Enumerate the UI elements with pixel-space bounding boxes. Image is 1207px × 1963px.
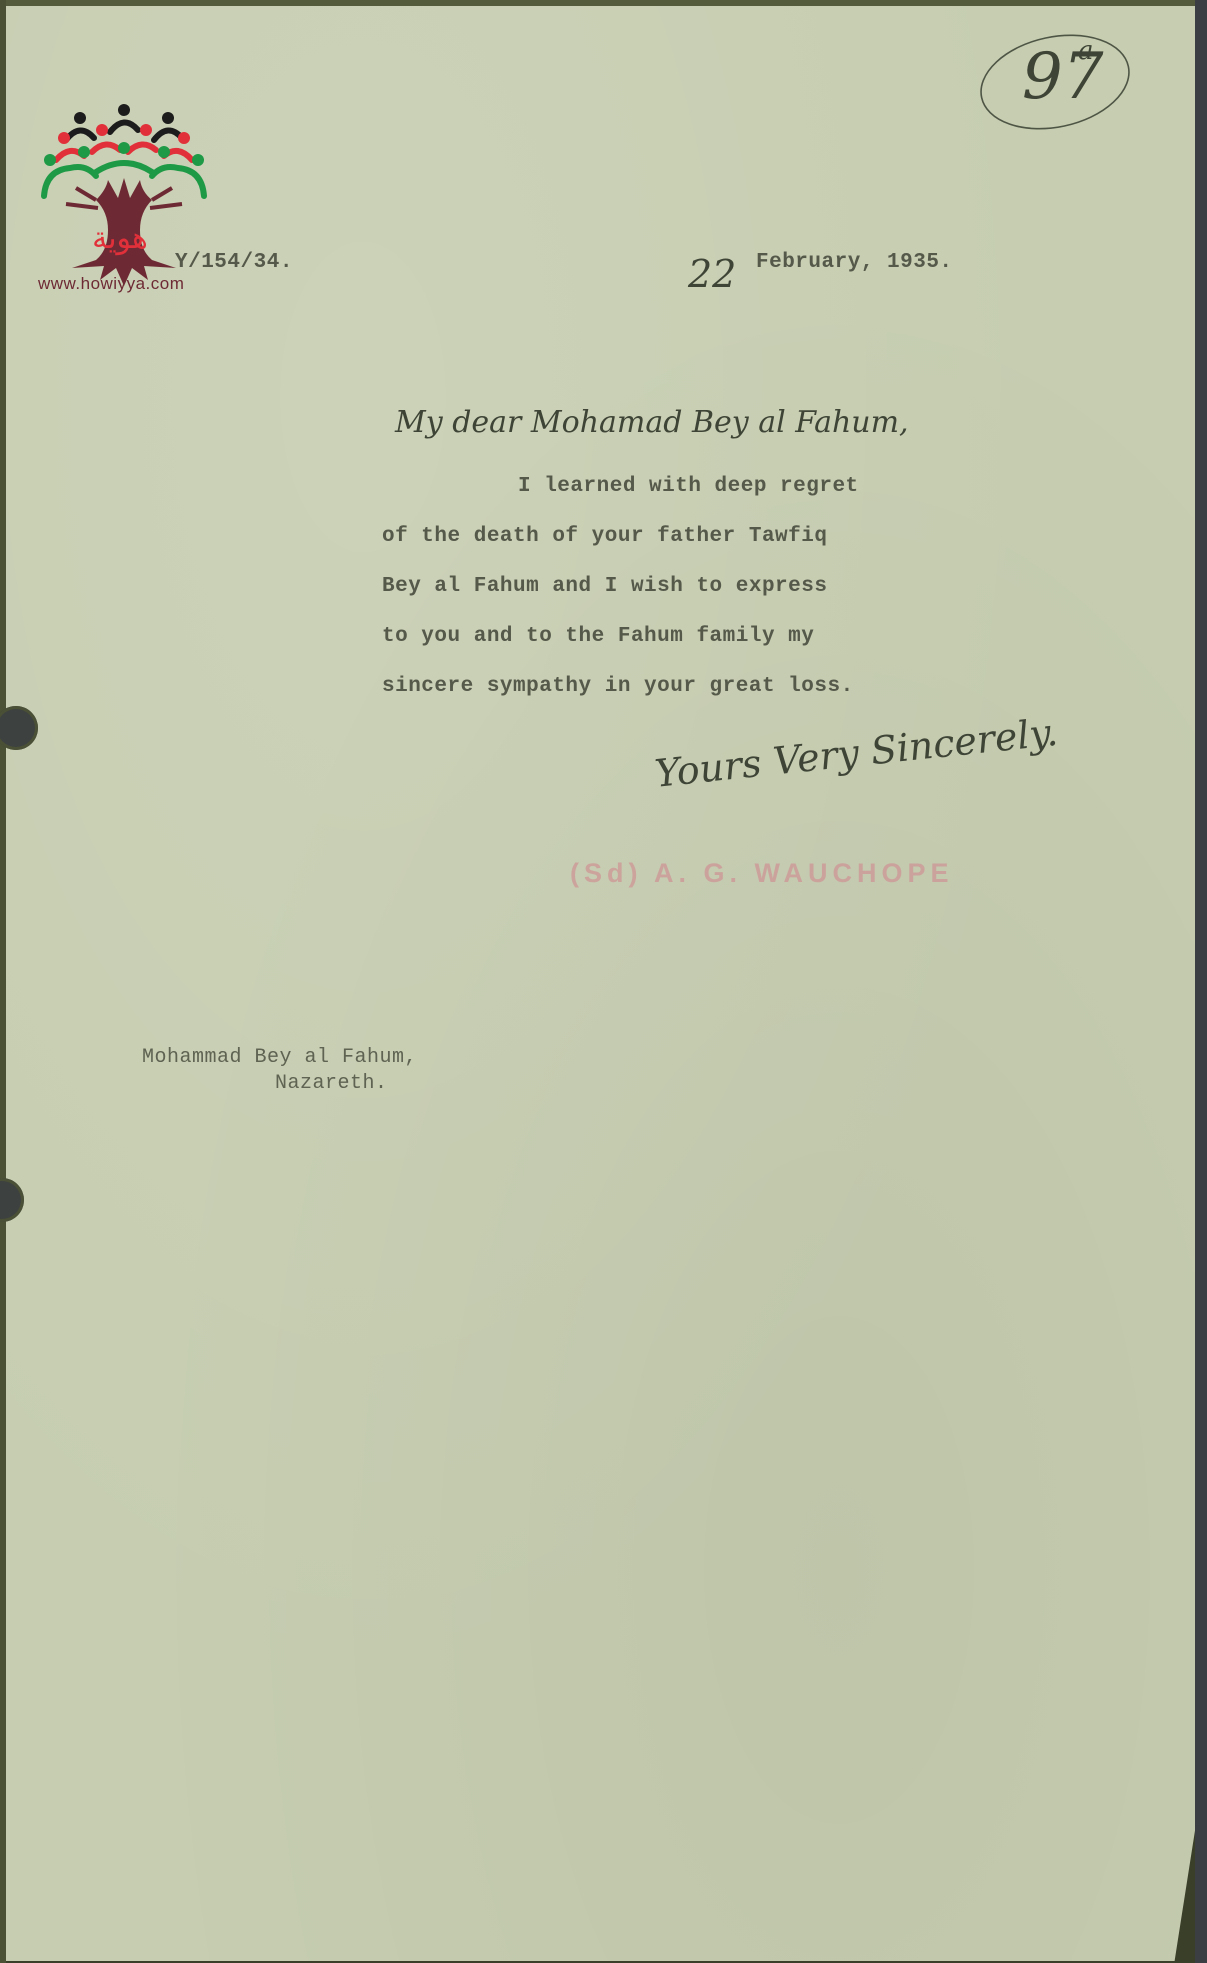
page-edge-left (0, 0, 6, 1963)
watermark-url: www.howiyya.com (38, 274, 184, 294)
body-line-4: to you and to the Fahum family my (382, 626, 814, 647)
body-line-3: Bey al Fahum and I wish to express (382, 576, 827, 597)
body-line-5: sincere sympathy in your great loss. (382, 676, 854, 697)
date-day-handwritten: 22 (688, 252, 736, 296)
page-edge-top (0, 0, 1207, 6)
arabic-wordmark: هوية (92, 221, 148, 256)
signature-stamp: (Sd) A. G. WAUCHOPE (570, 858, 954, 889)
reference-number: Y/154/34. (175, 252, 293, 273)
body-line-1: I learned with deep regret (518, 476, 859, 497)
page-edge-right (1195, 0, 1207, 1963)
recipient-city: Nazareth. (275, 1074, 388, 1094)
body-line-2: of the death of your father Tawfiq (382, 526, 827, 547)
salutation: My dear Mohamad Bey al Fahum, (395, 405, 909, 440)
date-typed: February, 1935. (756, 252, 953, 273)
recipient-name: Mohammad Bey al Fahum, (142, 1048, 417, 1068)
folio-suffix: a (1078, 36, 1094, 66)
